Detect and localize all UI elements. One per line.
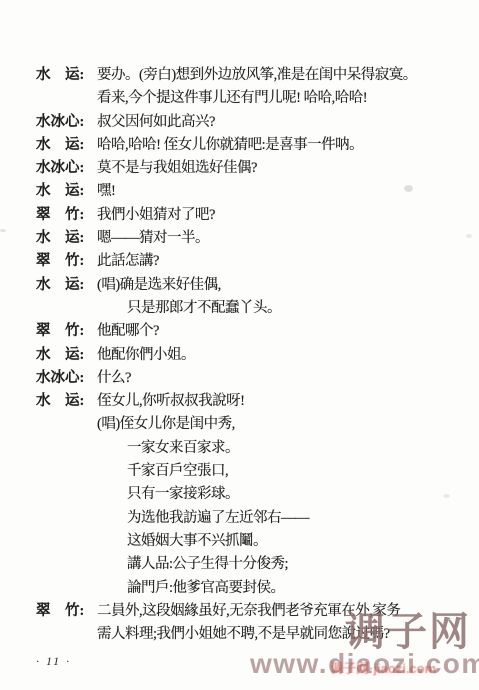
page-number: · 11 · — [36, 654, 71, 669]
script-line: 一家女来百家求。 — [0, 437, 479, 460]
dialogue-text: 一家女来百家求。 — [127, 440, 239, 456]
dialogue-text: 这婚姻大事不兴抓鬮。 — [127, 533, 267, 549]
script-line: 为选他我訪遍了左近邻右—— — [0, 507, 479, 530]
dialogue-text: 哈哈,哈哈! 侄女儿你就猜吧:是喜事一件呐。 — [97, 137, 363, 153]
scan-smudge — [443, 494, 450, 498]
dialogue-text: 此話怎講? — [97, 253, 159, 269]
script-line: 千家百戶空張口, — [0, 460, 479, 483]
script-line: 水 运:嗯——猜对一半。 — [0, 227, 479, 250]
dialogue-text: 只有一家接彩球。 — [127, 486, 239, 502]
speaker-name: 翠 竹: — [36, 320, 97, 343]
script-line: 水 运:要办。(旁白)想到外边放风筝,准是在闺中呆得寂寞。 — [0, 64, 479, 87]
scan-smudge — [466, 234, 472, 238]
script-line: 只是那郎才不配蠢丫头。 — [0, 297, 479, 320]
dialogue-text: (唱)侄女儿你是闺中秀, — [97, 416, 235, 432]
dialogue-text: 侄女儿,你听叔叔我說呀! — [97, 393, 244, 409]
script-line: (唱)侄女儿你是闺中秀, — [0, 413, 479, 436]
dialogue-text: 叔父因何如此高兴? — [97, 114, 215, 130]
dialogue-text: 看来,今个提这件事儿还有門儿呢! 哈哈,哈哈! — [97, 90, 367, 106]
dialogue-text: 講人品:公子生得十分俊秀; — [127, 556, 288, 572]
script-line: 水冰心:什么? — [0, 367, 479, 390]
script-line: 水冰心:莫不是与我姐姐选好佳偶? — [0, 157, 479, 180]
speaker-name: 翠 竹: — [36, 250, 97, 273]
speaker-name: 水 运: — [36, 274, 97, 297]
dialogue-text: (唱)确是选来好佳偶, — [97, 277, 221, 293]
dialogue-text: 論門戶:他爹官高要封侯。 — [127, 580, 285, 596]
speaker-name: 水冰心: — [36, 367, 97, 390]
script-line: 翠 竹:他配哪个? — [0, 320, 479, 343]
dialogue-text: 他配你們小姐。 — [97, 347, 195, 363]
speaker-name: 水冰心: — [36, 157, 97, 180]
dialogue-text: 什么? — [97, 370, 131, 386]
dialogue-text: 他配哪个? — [97, 323, 159, 339]
script-line: 翠 竹:我們小姐猜对了吧? — [0, 204, 479, 227]
scanned-script-page: 水 运:要办。(旁白)想到外边放风筝,准是在闺中呆得寂寞。看来,今个提这件事儿还… — [0, 0, 479, 690]
dialogue-text: 我們小姐猜对了吧? — [97, 207, 215, 223]
dialogue-text: 为选他我訪遍了左近邻右—— — [127, 510, 309, 526]
dialogue-text: 莫不是与我姐姐选好佳偶? — [97, 160, 257, 176]
speaker-name: 水 运: — [36, 180, 97, 203]
speaker-name: 水 运: — [36, 227, 97, 250]
speaker-name: 水 运: — [36, 344, 97, 367]
script-line: 看来,今个提这件事儿还有門儿呢! 哈哈,哈哈! — [0, 87, 479, 110]
speaker-name: 水 运: — [36, 134, 97, 157]
script-line: 这婚姻大事不兴抓鬮。 — [0, 530, 479, 553]
script-line: 講人品:公子生得十分俊秀; — [0, 553, 479, 576]
speaker-name: 水 运: — [36, 64, 97, 87]
speaker-name: 翠 竹: — [36, 204, 97, 227]
script-text-block: 水 运:要办。(旁白)想到外边放风筝,准是在闺中呆得寂寞。看来,今个提这件事儿还… — [0, 64, 479, 646]
speaker-name: 水冰心: — [36, 111, 97, 134]
script-line: 只有一家接彩球。 — [0, 483, 479, 506]
watermark-small-overlay: 调子网·jiaozi.com — [330, 658, 436, 677]
script-line: 水 运:嘿! — [0, 180, 479, 203]
dialogue-text: 只是那郎才不配蠢丫头。 — [127, 300, 281, 316]
scan-smudge — [0, 229, 6, 232]
script-line: 水冰心:叔父因何如此高兴? — [0, 111, 479, 134]
script-line: 水 运:哈哈,哈哈! 侄女儿你就猜吧:是喜事一件呐。 — [0, 134, 479, 157]
scan-smudge — [404, 185, 413, 192]
dialogue-text: 嘿! — [97, 183, 115, 199]
dialogue-text: 嗯——猜对一半。 — [97, 230, 209, 246]
dialogue-text: 千家百戶空張口, — [127, 463, 228, 479]
script-line: 翠 竹:此話怎講? — [0, 250, 479, 273]
script-line: 水 运:侄女儿,你听叔叔我說呀! — [0, 390, 479, 413]
speaker-name: 水 运: — [36, 390, 97, 413]
dialogue-text: 要办。(旁白)想到外边放风筝,准是在闺中呆得寂寞。 — [97, 67, 417, 83]
script-line: 論門戶:他爹官高要封侯。 — [0, 577, 479, 600]
script-line: 水 运:他配你們小姐。 — [0, 344, 479, 367]
script-line: 水 运:(唱)确是选来好佳偶, — [0, 274, 479, 297]
speaker-name: 翠 竹: — [36, 600, 97, 623]
